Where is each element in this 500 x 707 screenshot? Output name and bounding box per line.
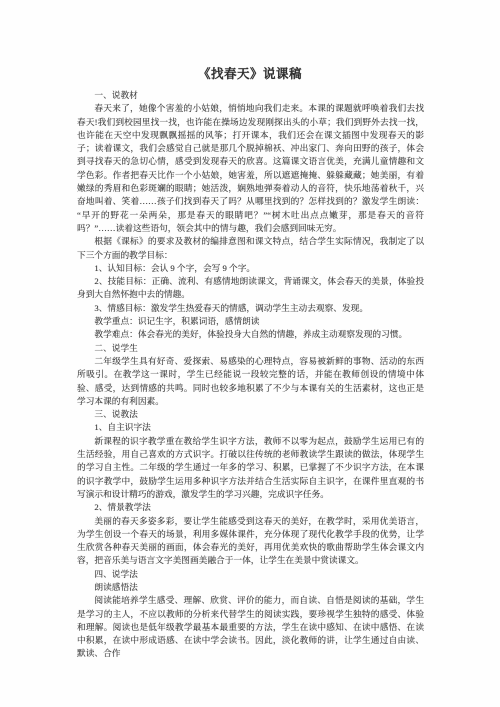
document-body: 一、说教材春天来了，她像个害羞的小姑娘，悄悄地向我们走来。本课的课题就呼唤着我们… bbox=[77, 89, 424, 661]
paragraph: 教学难点：体会春光的美好，体验投身大自然的情趣，养成主动观察发现的习惯。 bbox=[77, 328, 424, 341]
paragraph: 美丽的春天多姿多彩，要让学生能感受到这春天的美好，在教学时，采用优美语言，为学生… bbox=[77, 515, 424, 568]
paragraph: 根据《课标》的要求及教材的编排意图和课文特点，结合学生实际情况，我制定了以下三个… bbox=[77, 235, 424, 262]
paragraph: 朗读感悟法 bbox=[77, 581, 424, 594]
paragraph: 新课程的识字教学重在教给学生识字方法，教师不以零为起点，鼓励学生运用已有的生活经… bbox=[77, 435, 424, 501]
section-heading: 三、说教法 bbox=[77, 408, 424, 421]
paragraph: 春天来了，她像个害羞的小姑娘，悄悄地向我们走来。本课的课题就呼唤着我们去找春天!… bbox=[77, 102, 424, 235]
section-heading: 四、说学法 bbox=[77, 568, 424, 581]
paragraph: 2、技能目标：正确、流利、有感情地朗读课文，背诵课文，体会春天的美景，体验投身到… bbox=[77, 275, 424, 302]
paragraph: 阅读能培养学生感受、理解、欣赏、评价的能力，而自读、自悟是阅读的基础，学生是学习… bbox=[77, 594, 424, 660]
paragraph: 教学重点：识记生字，积累词语，感情朗读 bbox=[77, 315, 424, 328]
paragraph: 2、情景教学法 bbox=[77, 501, 424, 514]
paragraph: 3、情感目标：激发学生热爱春天的情感，调动学生主动去观察、发现。 bbox=[77, 302, 424, 315]
section-heading: 二、说学生 bbox=[77, 342, 424, 355]
document-title: 《找春天》说课稿 bbox=[0, 0, 500, 82]
document-page: 《找春天》说课稿 一、说教材春天来了，她像个害羞的小姑娘，悄悄地向我们走来。本课… bbox=[0, 0, 500, 707]
paragraph: 1、认知目标：会认 9 个字，会写 9 个字。 bbox=[77, 262, 424, 275]
section-heading: 一、说教材 bbox=[77, 89, 424, 102]
paragraph: 1、自主识字法 bbox=[77, 421, 424, 434]
paragraph: 二年级学生具有好奇、爱探索、易感染的心理特点，容易被新鲜的事物、活动的东西所吸引… bbox=[77, 355, 424, 408]
